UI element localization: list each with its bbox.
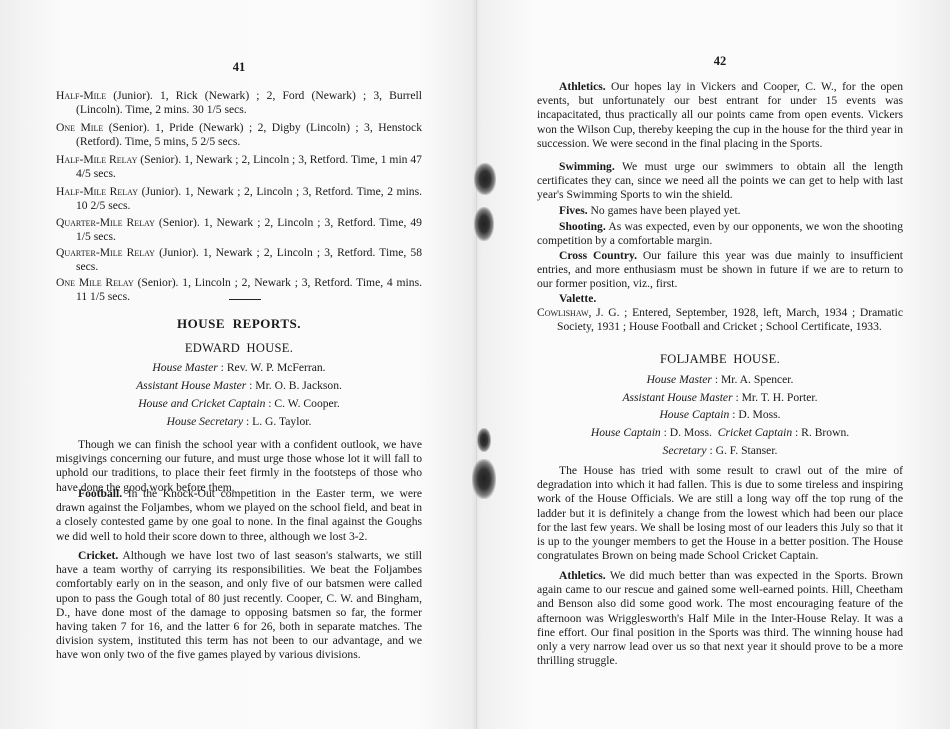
event-name: Half-Mile Relay xyxy=(56,153,137,166)
section-heading: Shooting. xyxy=(559,220,606,233)
staple-mark-top-lower xyxy=(474,207,494,241)
officer-line: Assistant House Master : Mr. O. B. Jacks… xyxy=(56,379,422,392)
officer-line: House and Cricket Captain : C. W. Cooper… xyxy=(56,397,422,410)
valette-heading: Valette. xyxy=(537,292,903,306)
result-entry: Half-Mile (Junior). 1, Rick (Newark) ; 2… xyxy=(56,89,422,117)
football-paragraph: Football. In the Knock-Out competition i… xyxy=(56,487,422,544)
result-entry: Quarter-Mile Relay (Senior). 1, Newark ;… xyxy=(56,216,422,244)
section-title: HOUSE REPORTS. xyxy=(56,316,422,332)
event-name: Half-Mile Relay xyxy=(56,185,138,198)
section-divider xyxy=(229,299,261,300)
event-name: Half-Mile xyxy=(56,89,106,102)
book-gutter xyxy=(476,0,477,729)
valette-name: Cowlishaw xyxy=(537,306,589,319)
event-name: Quarter-Mile Relay xyxy=(56,246,155,259)
right-page: 42 Athletics. Our hopes lay in Vickers a… xyxy=(537,0,903,729)
cricket-paragraph: Cricket. Although we have lost two of la… xyxy=(56,549,422,663)
section-heading: Athletics. xyxy=(559,80,606,93)
result-entry: One Mile Relay (Senior). 1, Lincoln ; 2,… xyxy=(56,276,422,304)
intro-paragraph: The House has tried with some result to … xyxy=(537,464,903,563)
staple-mark-top xyxy=(474,163,496,195)
cross-country-paragraph: Cross Country. Our failure this year was… xyxy=(537,249,903,292)
section-heading: Athletics. xyxy=(559,569,606,582)
valette-entry: Cowlishaw, J. G. ; Entered, September, 1… xyxy=(537,306,903,334)
section-heading: Fives. xyxy=(559,204,588,217)
officer-line: House Master : Rev. W. P. McFerran. xyxy=(56,361,422,374)
section-heading: Swimming. xyxy=(559,160,615,173)
officer-line: House Secretary : L. G. Taylor. xyxy=(56,415,422,428)
page-number: 42 xyxy=(537,54,903,69)
left-page: 41 Half-Mile (Junior). 1, Rick (Newark) … xyxy=(56,0,422,729)
section-heading: Cross Country. xyxy=(559,249,637,262)
event-name: One Mile xyxy=(56,121,103,134)
result-entry: Quarter-Mile Relay (Junior). 1, Newark ;… xyxy=(56,246,422,274)
officer-line: Secretary : G. F. Stanser. xyxy=(537,444,903,457)
house-name: EDWARD HOUSE. xyxy=(56,341,422,356)
athletics-paragraph: Athletics. We did much better than was e… xyxy=(537,569,903,668)
officer-line: Assistant House Master : Mr. T. H. Porte… xyxy=(537,391,903,404)
page-number: 41 xyxy=(56,60,422,75)
officer-line: House Captain : D. Moss. Cricket Captain… xyxy=(537,426,903,439)
staple-mark-bottom xyxy=(477,428,491,452)
officer-line: House Captain : D. Moss. xyxy=(537,408,903,421)
book-spread: 41 Half-Mile (Junior). 1, Rick (Newark) … xyxy=(0,0,950,729)
result-entry: Half-Mile Relay (Junior). 1, Newark ; 2,… xyxy=(56,185,422,213)
result-entry: One Mile (Senior). 1, Pride (Newark) ; 2… xyxy=(56,121,422,149)
swimming-paragraph: Swimming. We must urge our swimmers to o… xyxy=(537,160,903,203)
event-name: One Mile Relay xyxy=(56,276,134,289)
event-name: Quarter-Mile Relay xyxy=(56,216,155,229)
shooting-paragraph: Shooting. As was expected, even by our o… xyxy=(537,220,903,248)
officer-line: House Master : Mr. A. Spencer. xyxy=(537,373,903,386)
fives-paragraph: Fives. No games have been played yet. xyxy=(537,204,903,218)
house-name: FOLJAMBE HOUSE. xyxy=(537,352,903,367)
section-heading: Football. xyxy=(78,487,122,500)
athletics-paragraph: Athletics. Our hopes lay in Vickers and … xyxy=(537,80,903,151)
staple-mark-bottom-lower xyxy=(472,459,496,499)
result-entry: Half-Mile Relay (Senior). 1, Newark ; 2,… xyxy=(56,153,422,181)
section-heading: Cricket. xyxy=(78,549,118,562)
